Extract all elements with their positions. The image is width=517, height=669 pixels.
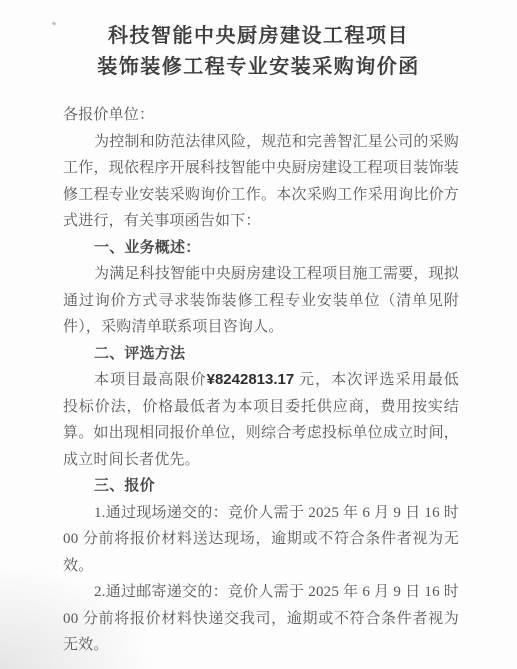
quotation-item-mail: 2.通过邮寄递交的：竞价人需于 2025 年 6 月 9 日 16 时 00 分… <box>63 579 459 659</box>
quotation-item-onsite: 1.通过现场递交的：竞价人需于 2025 年 6 月 9 日 16 时 00 分… <box>63 500 459 580</box>
price-prefix-text: 本项目最高限价 <box>94 372 207 388</box>
intro-paragraph: 为控制和防范法律风险，规范和完善智汇星公司的采购工作，现依程序开展科技智能中央厨… <box>63 129 459 235</box>
section-1-heading: 一、业务概述： <box>63 235 459 262</box>
max-price-value: ¥8242813.17 <box>207 371 295 388</box>
section-2-body: 本项目最高限价¥8242813.17 元，本次评选采用最低投标价法，价格最低者为… <box>63 367 459 473</box>
section-2-heading: 二、评选方法 <box>63 341 459 368</box>
scanned-document-page: 科技智能中央厨房建设工程项目 装饰装修工程专业安装采购询价函 各报价单位： 为控… <box>0 0 517 669</box>
document-title-line-1: 科技智能中央厨房建设工程项目 <box>10 21 507 52</box>
document-title-line-2: 装饰装修工程专业安装采购询价函 <box>10 52 507 83</box>
document-body: 各报价单位： 为控制和防范法律风险，规范和完善智汇星公司的采购工作，现依程序开展… <box>63 102 459 659</box>
section-1-body: 为满足科技智能中央厨房建设工程项目施工需要，现拟通过询价方式寻求装饰装修工程专业… <box>63 261 459 341</box>
section-3-heading: 三、报价 <box>63 473 459 500</box>
document-title: 科技智能中央厨房建设工程项目 装饰装修工程专业安装采购询价函 <box>10 21 507 83</box>
salutation: 各报价单位： <box>63 102 459 129</box>
